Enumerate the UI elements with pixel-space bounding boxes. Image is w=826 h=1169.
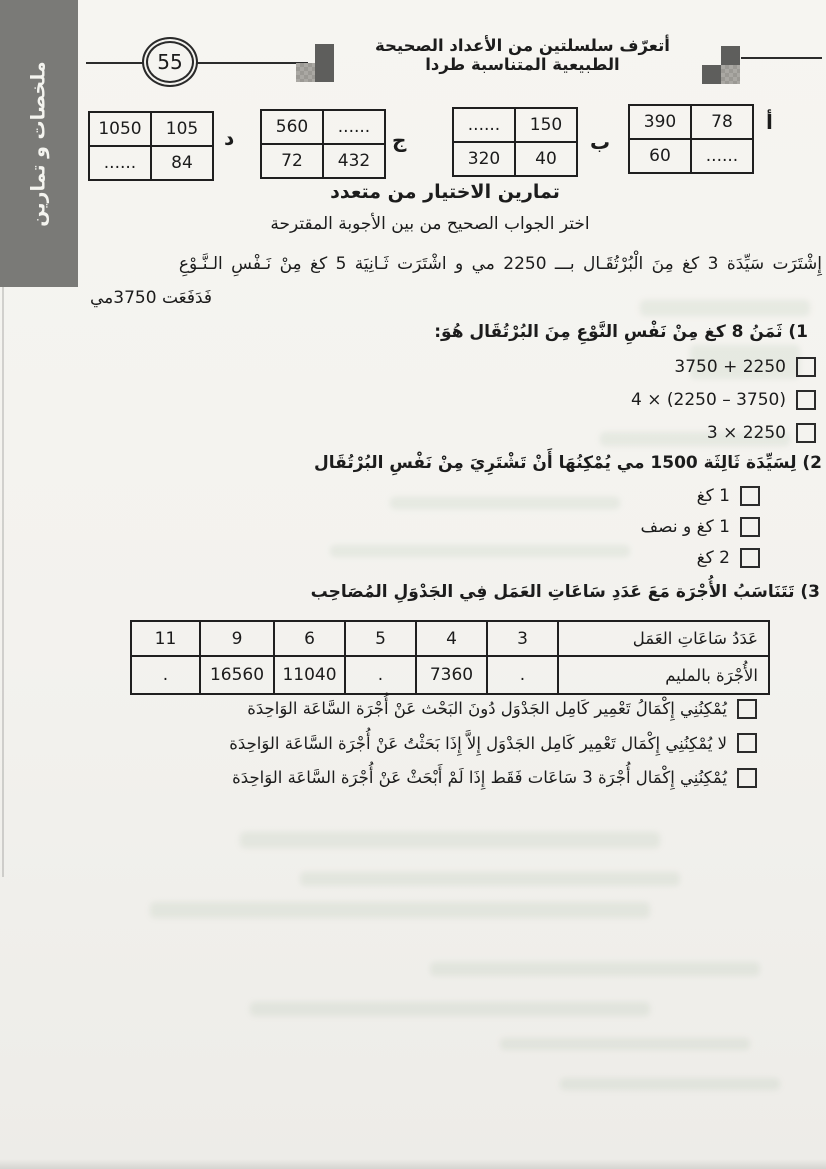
option-label: 4 × (2250 – 3750)	[631, 390, 786, 410]
problem-statement-line2: فَدَفَعَت 3750مي	[90, 288, 212, 308]
bleed-through	[240, 832, 660, 848]
option-label: 3750 + 2250	[674, 357, 786, 377]
option-label: 2 كغ	[697, 548, 730, 568]
option-label: 1 كغ	[697, 486, 730, 506]
table-cell: 60	[629, 139, 691, 173]
option-label: 3 × 2250	[707, 423, 786, 443]
table-cell: 40	[515, 142, 577, 176]
table-cell: .	[131, 656, 200, 694]
table-label-a: أ	[766, 110, 773, 134]
option-row: لا يُمْكِنُنِي إِكْمَال تَعْمِير كَامِل …	[229, 731, 757, 757]
question-2-options: 1 كغ 1 كغ و نصف 2 كغ	[641, 486, 760, 568]
page-number-badge: 55	[142, 37, 198, 87]
table-cell: 105	[151, 112, 213, 146]
checkbox[interactable]	[740, 517, 760, 537]
table-cell: 7360	[416, 656, 487, 694]
page-fold-line	[2, 287, 4, 877]
table-cell: 6	[274, 621, 345, 656]
bleed-through	[640, 300, 810, 316]
option-label: يُمْكِنُنِي إِكْمَالُ تَعْمِير كَامِل ال…	[247, 696, 727, 722]
page-bottom-shadow	[0, 1159, 826, 1169]
option-label: لا يُمْكِنُنِي إِكْمَال تَعْمِير كَامِل …	[229, 731, 727, 757]
table-cell: ......	[691, 139, 753, 173]
question-1: 1) ثَمَنُ 8 كغ مِنْ نَفْسِ النَّوْعِ مِن…	[434, 319, 808, 346]
checkbox[interactable]	[740, 486, 760, 506]
option-row: 3750 + 2250	[674, 357, 816, 377]
sidebar-tab: ملخصات و تمارين	[0, 0, 78, 287]
table-cell: 5	[345, 621, 416, 656]
table-cell: .	[487, 656, 558, 694]
checker-squares-icon	[315, 44, 334, 63]
bleed-through	[560, 1078, 780, 1090]
checkbox[interactable]	[740, 548, 760, 568]
table-cell: .	[345, 656, 416, 694]
table-cell: 72	[261, 144, 323, 178]
table-cell: 432	[323, 144, 385, 178]
table-cell: 560	[261, 110, 323, 144]
checkbox[interactable]	[796, 423, 816, 443]
sequence-table-a: 390 78 60 ......	[628, 104, 754, 174]
sequence-table-b: ...... 150 320 40	[452, 107, 578, 177]
option-row: 1 كغ و نصف	[641, 517, 760, 537]
option-row: يُمْكِنُنِي إِكْمَال أُجْرَة 3 سَاعَات ف…	[232, 765, 757, 791]
table-cell: 320	[453, 142, 515, 176]
table-label-b: ب	[590, 130, 610, 154]
table-cell: 3	[487, 621, 558, 656]
checker-squares-icon	[702, 65, 721, 84]
bleed-through	[330, 545, 630, 557]
bleed-through	[250, 1002, 650, 1016]
checkbox[interactable]	[737, 768, 757, 788]
table-cell: ......	[89, 146, 151, 180]
table-label-d: د	[224, 126, 234, 150]
option-row: 3 × 2250	[707, 423, 816, 443]
bleed-through	[430, 962, 760, 976]
table-label-c: ج	[392, 128, 406, 152]
table-cell: 1050	[89, 112, 151, 146]
wage-table-hours-row: عَدَدُ سَاعَاتِ العَمَل 3 4 5 6 9 11	[131, 621, 769, 656]
wage-table-wages-row: الأُجْرَة بالمليم . 7360 . 11040 16560 .	[131, 656, 769, 694]
option-row: 4 × (2250 – 3750)	[631, 390, 816, 410]
sequence-table-d: 1050 105 ...... 84	[88, 111, 214, 181]
checkbox[interactable]	[737, 733, 757, 753]
table-cell: 9	[200, 621, 274, 656]
option-row: 1 كغ	[697, 486, 760, 506]
hours-row-label: عَدَدُ سَاعَاتِ العَمَل	[558, 621, 769, 656]
table-cell: ......	[453, 108, 515, 142]
problem-statement-line1: إِشْتَرَت سَيِّدَة 3 كغ مِنَ الْبُرْتُقَ…	[88, 250, 822, 279]
table-cell: 78	[691, 105, 753, 139]
header-rule-right	[741, 57, 822, 59]
question-3-options: يُمْكِنُنِي إِكْمَالُ تَعْمِير كَامِل ال…	[229, 696, 757, 791]
section-heading: تمارين الاختيار من متعدد	[295, 181, 595, 203]
checker-squares-icon	[315, 63, 334, 82]
table-cell: 16560	[200, 656, 274, 694]
question-1-options: 3750 + 2250 4 × (2250 – 3750) 3 × 2250	[631, 357, 816, 443]
table-cell: 4	[416, 621, 487, 656]
scanned-textbook-page: ملخصات و تمارين 55 أتعرّف سلسلتين من الأ…	[0, 0, 826, 1169]
sequence-table-c: 560 ...... 72 432	[260, 109, 386, 179]
checker-squares-icon	[721, 46, 740, 65]
bleed-through	[150, 902, 650, 918]
bleed-through	[300, 872, 680, 886]
wage-table: عَدَدُ سَاعَاتِ العَمَل 3 4 5 6 9 11 الأ…	[130, 620, 770, 695]
option-label: يُمْكِنُنِي إِكْمَال أُجْرَة 3 سَاعَات ف…	[232, 765, 727, 791]
table-cell: ......	[323, 110, 385, 144]
checkbox[interactable]	[796, 390, 816, 410]
bleed-through	[500, 1038, 750, 1050]
table-cell: 390	[629, 105, 691, 139]
table-cell: 150	[515, 108, 577, 142]
option-row: 2 كغ	[697, 548, 760, 568]
question-2: 2) لِسَيِّدَة ثَالِثَة 1500 مي يُمْكِنُه…	[314, 450, 822, 477]
wages-row-label: الأُجْرَة بالمليم	[558, 656, 769, 694]
checkbox[interactable]	[796, 357, 816, 377]
table-cell: 84	[151, 146, 213, 180]
option-row: يُمْكِنُنِي إِكْمَالُ تَعْمِير كَامِل ال…	[247, 696, 757, 722]
section-instruction: اختر الجواب الصحيح من بين الأجوبة المقتر…	[250, 214, 610, 234]
question-3: 3) تَتَنَاسَبُ الأُجْرَة مَعَ عَدَدِ سَا…	[311, 579, 820, 606]
checkbox[interactable]	[737, 699, 757, 719]
table-cell: 11040	[274, 656, 345, 694]
page-number: 55	[157, 50, 182, 74]
table-cell: 11	[131, 621, 200, 656]
option-label: 1 كغ و نصف	[641, 517, 730, 537]
checker-squares-icon	[296, 63, 315, 82]
checker-squares-icon	[721, 65, 740, 84]
sidebar-tab-label: ملخصات و تمارين	[28, 61, 50, 226]
page-title: أتعرّف سلسلتين من الأعداد الصحيحة الطبيع…	[345, 36, 700, 74]
bleed-through	[390, 497, 620, 509]
